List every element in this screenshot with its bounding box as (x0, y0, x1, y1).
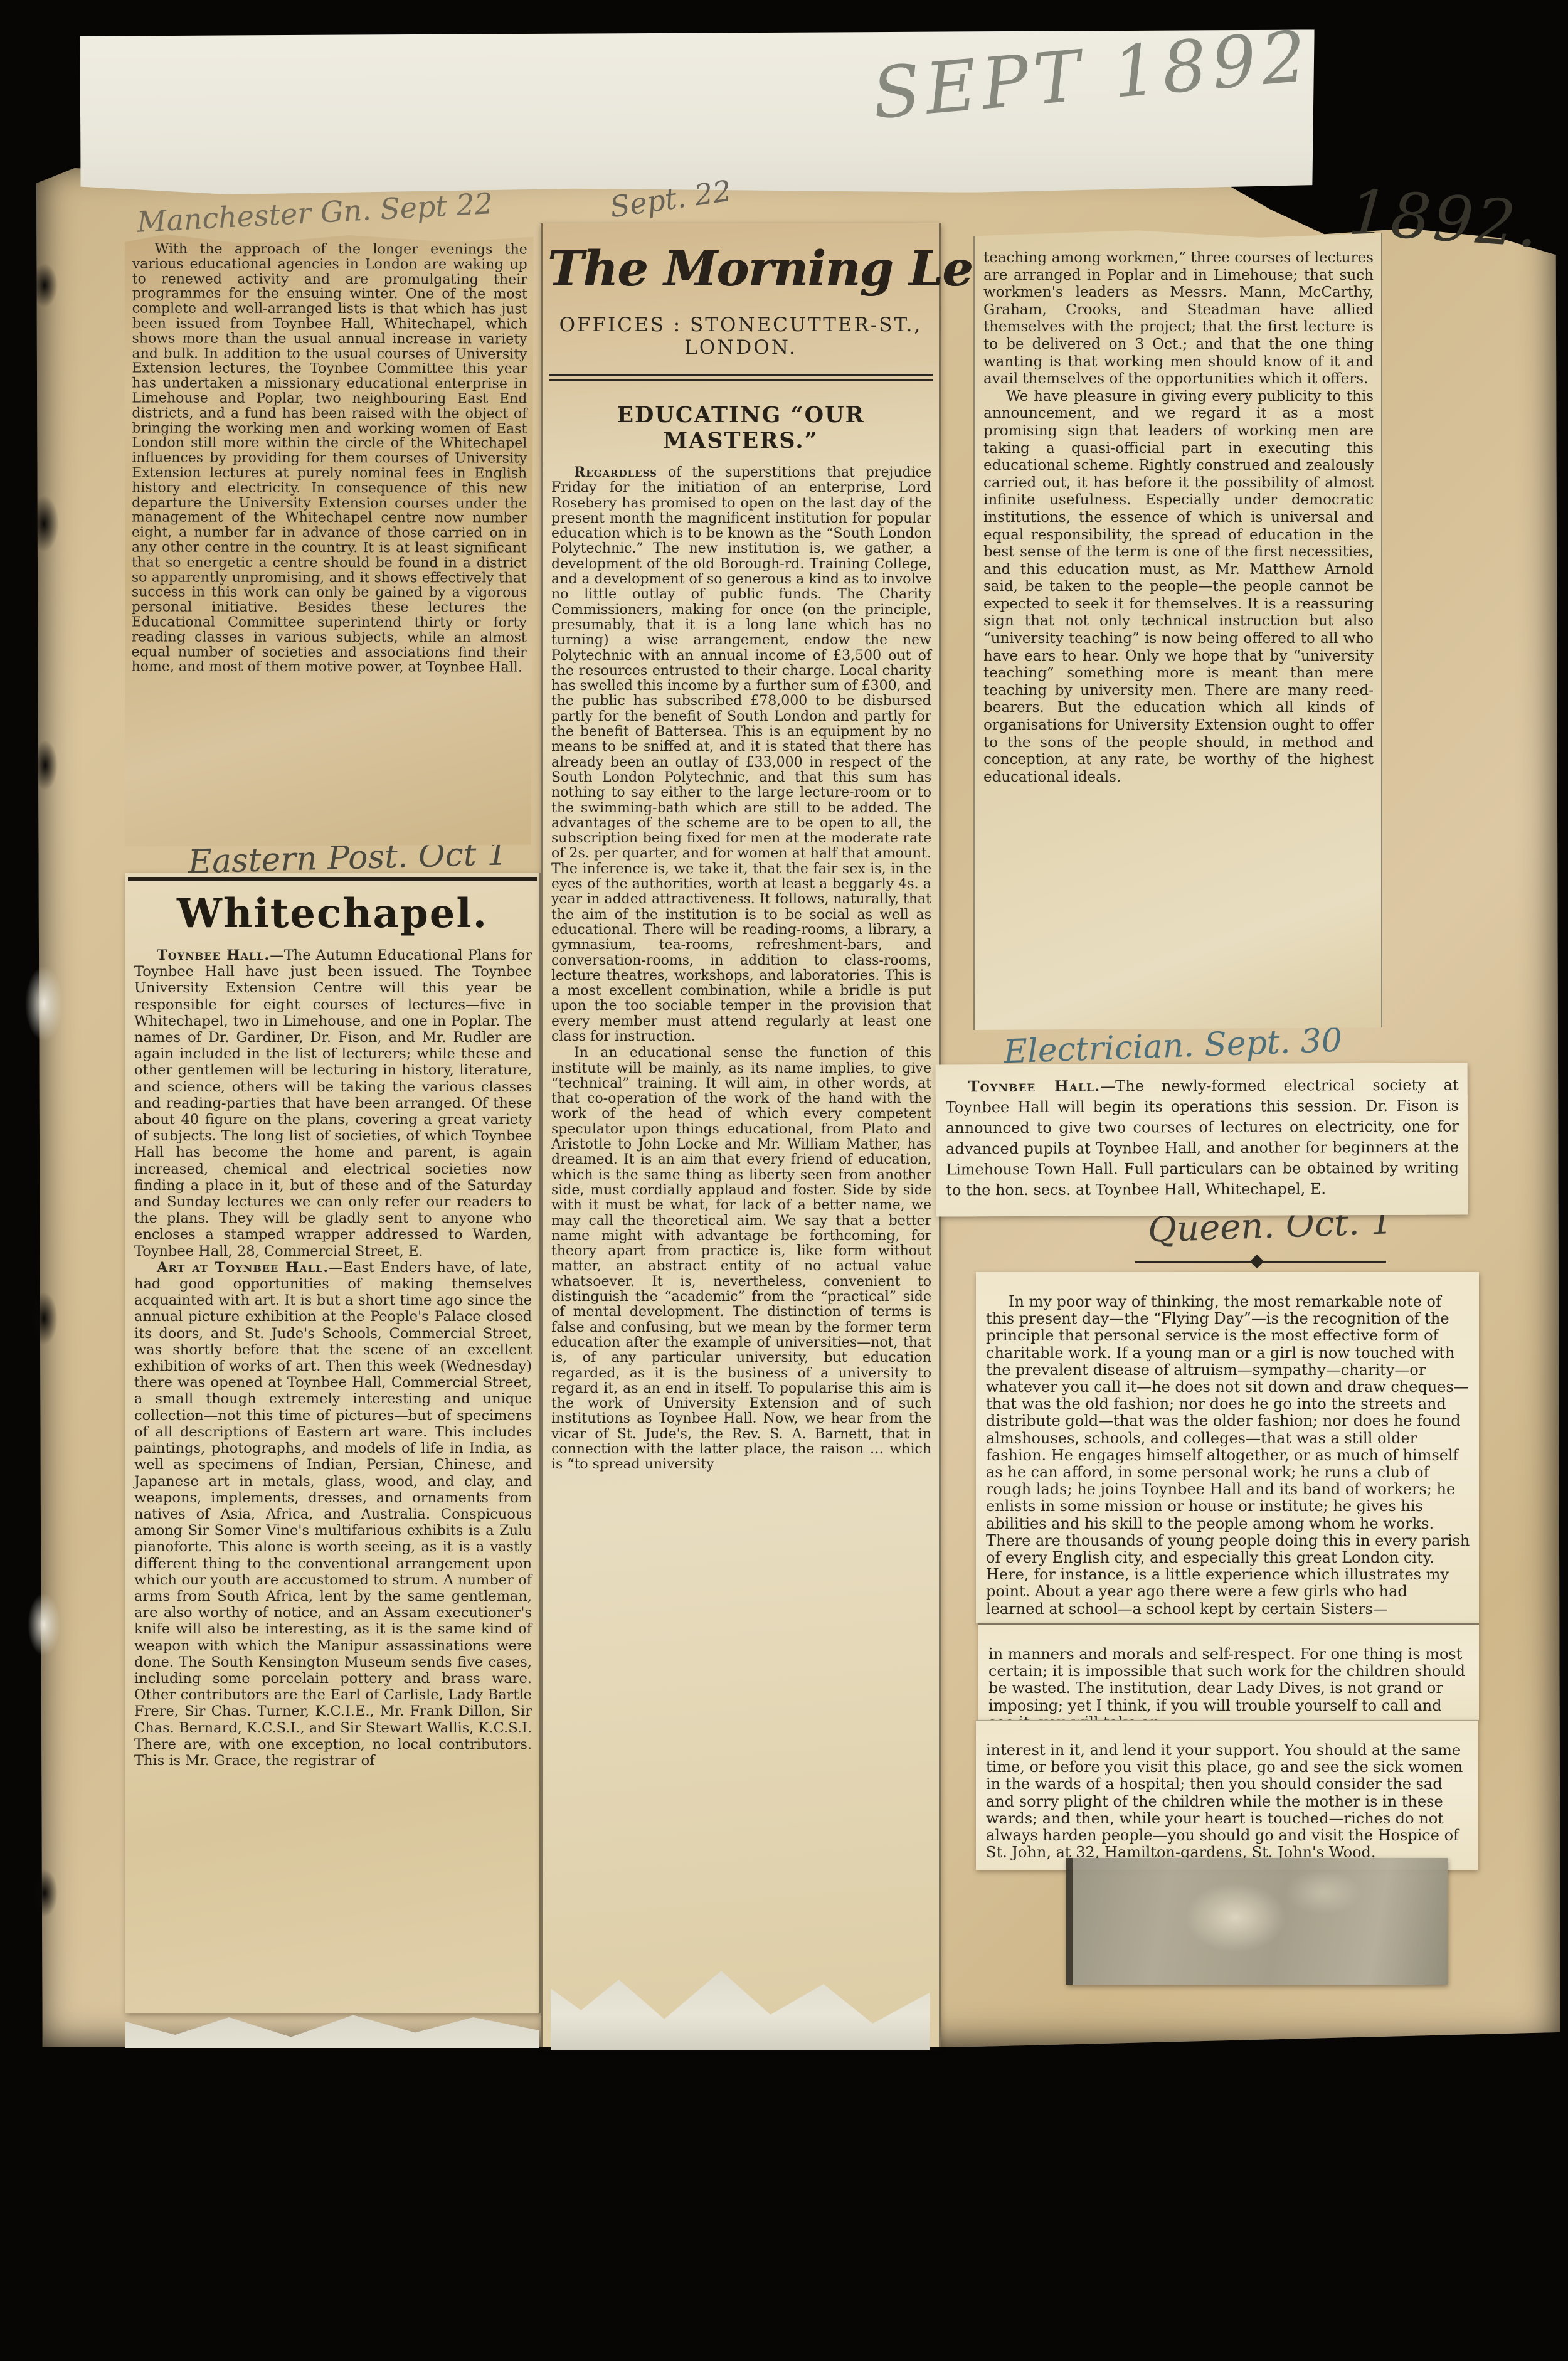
paragraph-text: —East Enders have, of late, had good opp… (134, 1260, 532, 1769)
clipping-workmen-lectures: teaching among workmen,” three courses o… (973, 230, 1382, 1030)
clipping-paragraph: in manners and morals and self-respect. … (988, 1646, 1470, 1731)
paragraph-lead: Toynbee Hall. (968, 1077, 1101, 1096)
clipping-paragraph: Art at Toynbee Hall.—East Enders have, o… (134, 1260, 532, 1769)
ornament-icon (1135, 1261, 1386, 1263)
binding-tear (25, 966, 63, 1041)
binding-tear (31, 263, 58, 307)
binding-tear (28, 1593, 60, 1656)
clipping-morning-leader: The Morning Leader. OFFICES : STONECUTTE… (541, 223, 941, 2047)
clipping-queen-strip-2: in manners and morals and self-respect. … (978, 1623, 1479, 1720)
clipping-paragraph: In an educational sense the function of … (551, 1046, 931, 1472)
binding-tear (33, 740, 58, 790)
paper-smudge (1185, 1883, 1286, 1952)
clipping-whitechapel: Whitechapel. Toynbee Hall.—The Autumn Ed… (125, 873, 541, 2013)
newspaper-offices-line: OFFICES : STONECUTTER-ST., LONDON. (543, 314, 939, 359)
headline-rule (128, 877, 537, 881)
paper-smudge (1286, 1870, 1361, 1914)
clipping-paragraph: Toynbee Hall.—The Autumn Educational Pla… (134, 947, 532, 1260)
clipping-headline: Whitechapel. (125, 890, 539, 937)
paragraph-lead: Toynbee Hall. (157, 947, 270, 963)
masthead-rule (549, 374, 933, 381)
clipping-paragraph: interest in it, and lend it your support… (986, 1742, 1469, 1861)
clipping-paragraph: teaching among workmen,” three courses o… (983, 250, 1374, 388)
scrapbook-photo: { "annotations": { "slip_date": "SEPT 18… (0, 0, 1568, 2361)
paragraph-text: of the superstitions that prejudice Frid… (551, 465, 931, 1044)
paragraph-lead: Art at Toynbee Hall. (157, 1260, 329, 1276)
clipping-paragraph: Toynbee Hall.—The newly-formed electrica… (946, 1074, 1459, 1201)
binding-tear (30, 1292, 58, 1345)
clipping-paragraph: In my poor way of thinking, the most rem… (986, 1293, 1470, 1618)
paragraph-text: —The Autumn Educational Plans for Toynbe… (134, 947, 532, 1260)
clipping-paragraph: Regardless of the superstitions that pre… (551, 465, 931, 1044)
binding-tear (31, 1869, 58, 1917)
clipping-paragraph: We have pleasure in giving every publici… (983, 388, 1374, 787)
paragraph-lead: Regardless (574, 464, 657, 480)
clipping-electrical-society: Toynbee Hall.—The newly-formed electrica… (936, 1063, 1468, 1217)
newspaper-masthead: The Morning Leader. (548, 241, 934, 297)
clipping-manchester-toynbee: With the approach of the longer evenings… (124, 233, 534, 847)
verso-fragment (1066, 1858, 1448, 1985)
binding-tear (29, 496, 59, 552)
article-heading: EDUCATING “OUR MASTERS.” (543, 402, 939, 454)
clipping-queen-strip-1: In my poor way of thinking, the most rem… (976, 1272, 1479, 1623)
clipping-paragraph: With the approach of the longer evenings… (132, 241, 527, 675)
clipping-queen-strip-3: interest in it, and lend it your support… (976, 1720, 1478, 1870)
